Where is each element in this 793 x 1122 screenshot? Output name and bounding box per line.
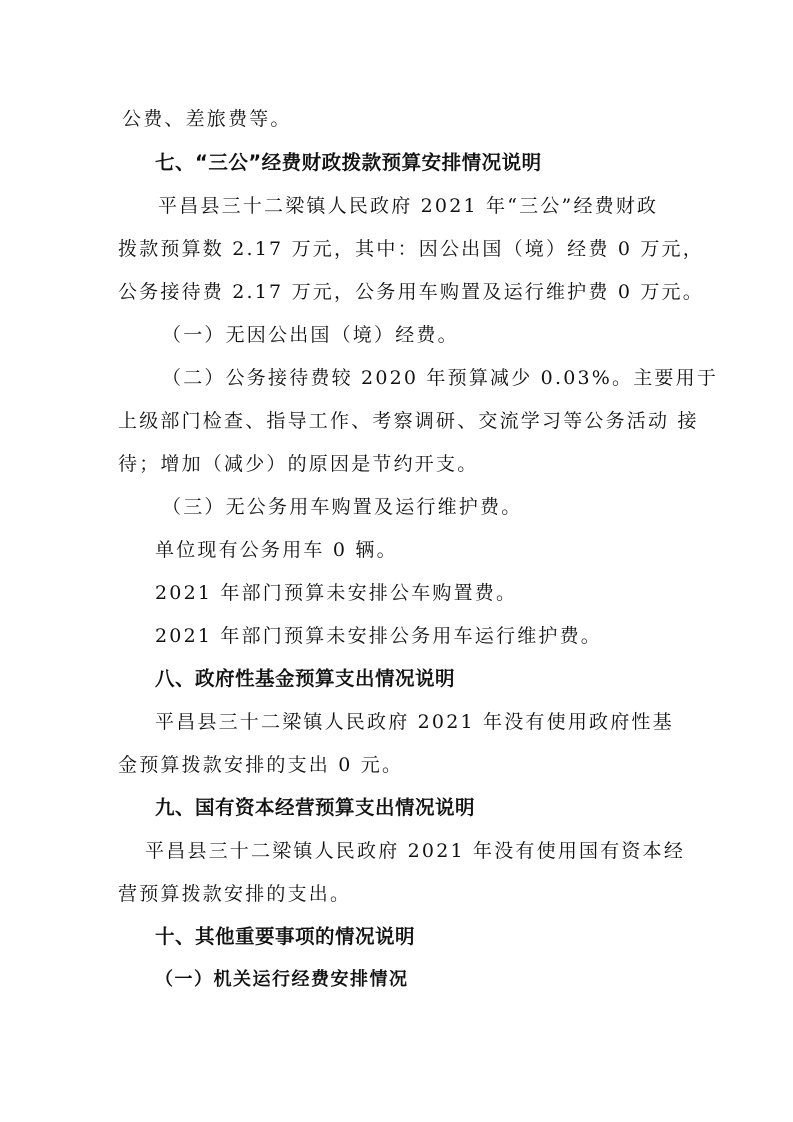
body-text: 平昌县三十二梁镇人民政府 2021 年没有使用国有资本经 (145, 838, 685, 864)
body-text: 平昌县三十二梁镇人民政府 2021 年“三公”经费财政 (158, 193, 658, 219)
body-text: 2021 年部门预算未安排公车购置费。 (155, 580, 517, 606)
body-text: 2021 年部门预算未安排公务用车运行维护费。 (155, 623, 602, 649)
body-text: 拨款预算数 2.17 万元，其中：因公出国（境）经费 0 万元， (118, 236, 704, 262)
body-text: 上级部门检查、指导工作、考察调研、交流学习等公务活动 接 (118, 408, 699, 434)
body-text: （一）无因公出国（境）经费。 (162, 322, 459, 348)
section-heading-9: 九、国有资本经营预算支出情况说明 (155, 795, 475, 821)
section-heading-7: 七、“三公”经费财政拨款预算安排情况说明 (155, 150, 542, 176)
body-text: （三）无公务用车购置及运行维护费。 (162, 494, 522, 520)
body-text: 营预算拨款安排的支出。 (118, 881, 351, 907)
section-heading-10: 十、其他重要事项的情况说明 (155, 924, 415, 950)
body-text: 平昌县三十二梁镇人民政府 2021 年没有使用政府性基 (155, 709, 674, 735)
subsection-heading: （一）机关运行经费安排情况 (155, 967, 409, 993)
body-text: 公务接待费 2.17 万元，公务用车购置及运行维护费 0 万元。 (118, 279, 704, 305)
section-heading-8: 八、政府性基金预算支出情况说明 (155, 666, 455, 692)
body-text: （二）公务接待费较 2020 年预算减少 0.03%。主要用于 (162, 365, 718, 391)
body-text: 公费、差旅费等。 (122, 106, 292, 132)
body-text: 单位现有公务用车 0 辆。 (155, 537, 398, 563)
body-text: 金预算拨款安排的支出 0 元。 (118, 752, 403, 778)
body-text: 待；增加（减少）的原因是节约开支。 (118, 451, 478, 477)
